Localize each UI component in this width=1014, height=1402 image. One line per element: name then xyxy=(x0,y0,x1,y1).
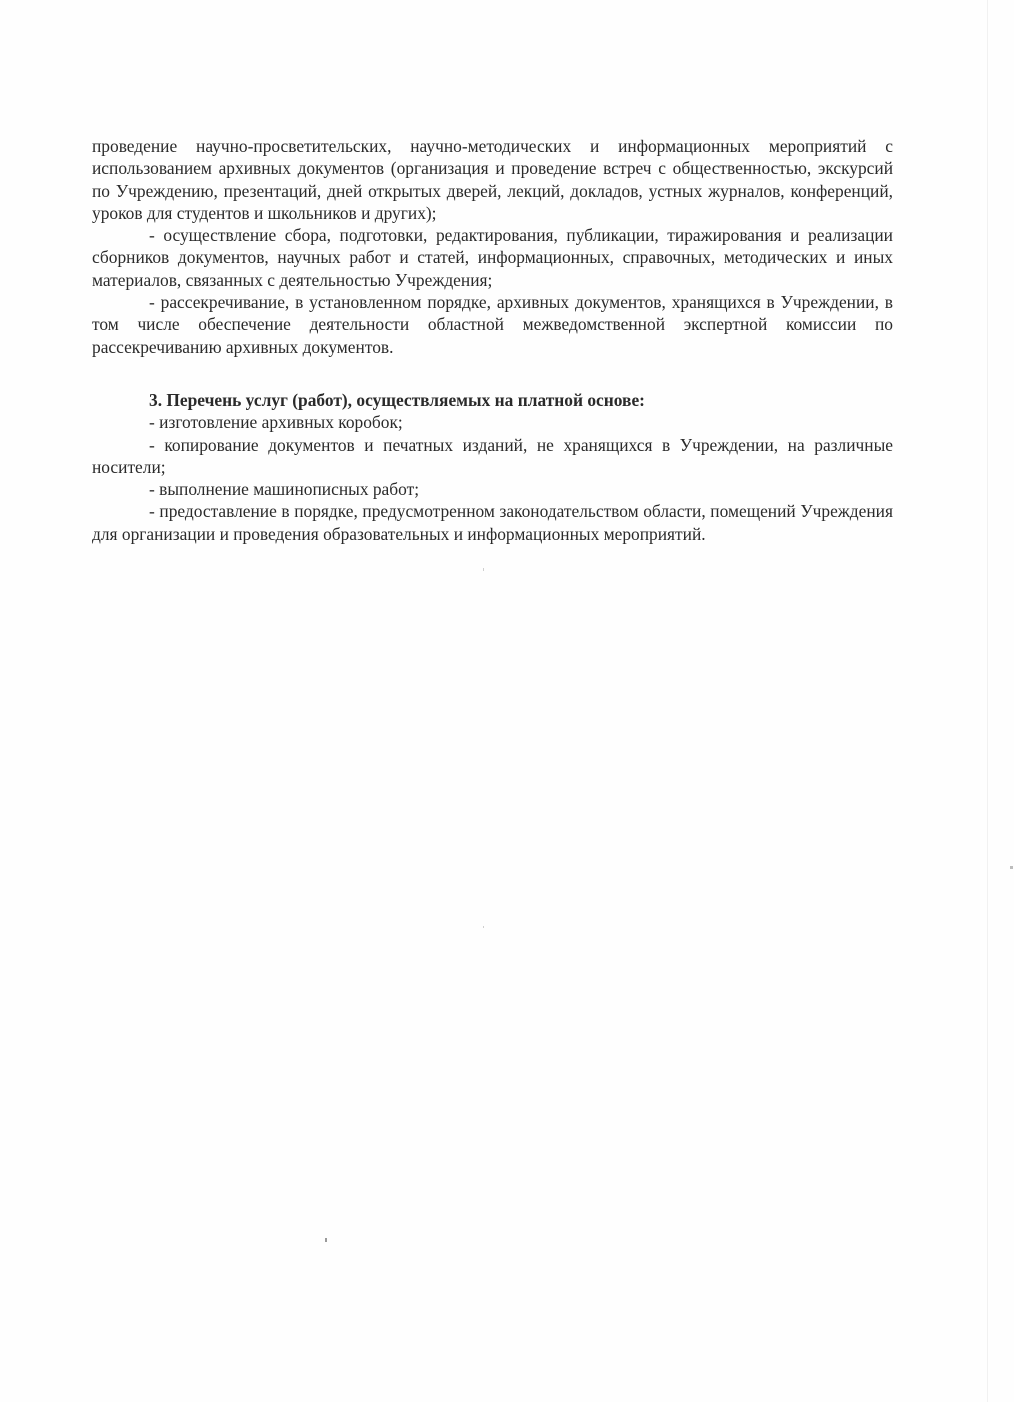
list-item-typing: - выполнение машинописных работ; xyxy=(92,478,893,500)
scan-speck xyxy=(325,1238,327,1242)
list-item-premises: - предоставление в порядке, предусмотрен… xyxy=(92,500,893,545)
paragraph-events: проведение научно-просветительских, науч… xyxy=(92,135,893,224)
document-page: проведение научно-просветительских, науч… xyxy=(0,0,1014,1402)
scan-speck xyxy=(483,926,484,928)
paragraph-declassification: - рассекречивание, в установленном поряд… xyxy=(92,291,893,358)
scan-edge-line xyxy=(987,0,988,1402)
intro-section: проведение научно-просветительских, науч… xyxy=(92,135,893,358)
scan-speck xyxy=(483,568,484,571)
list-item-copying: - копирование документов и печатных изда… xyxy=(92,434,893,479)
paragraph-publications: - осуществление сбора, подготовки, редак… xyxy=(92,224,893,291)
list-item-archive-boxes: - изготовление архивных коробок; xyxy=(92,411,893,433)
paid-services-section: 3. Перечень услуг (работ), осуществляемы… xyxy=(92,389,893,545)
section-heading: 3. Перечень услуг (работ), осуществляемы… xyxy=(92,389,893,411)
scan-speck xyxy=(1010,866,1013,869)
